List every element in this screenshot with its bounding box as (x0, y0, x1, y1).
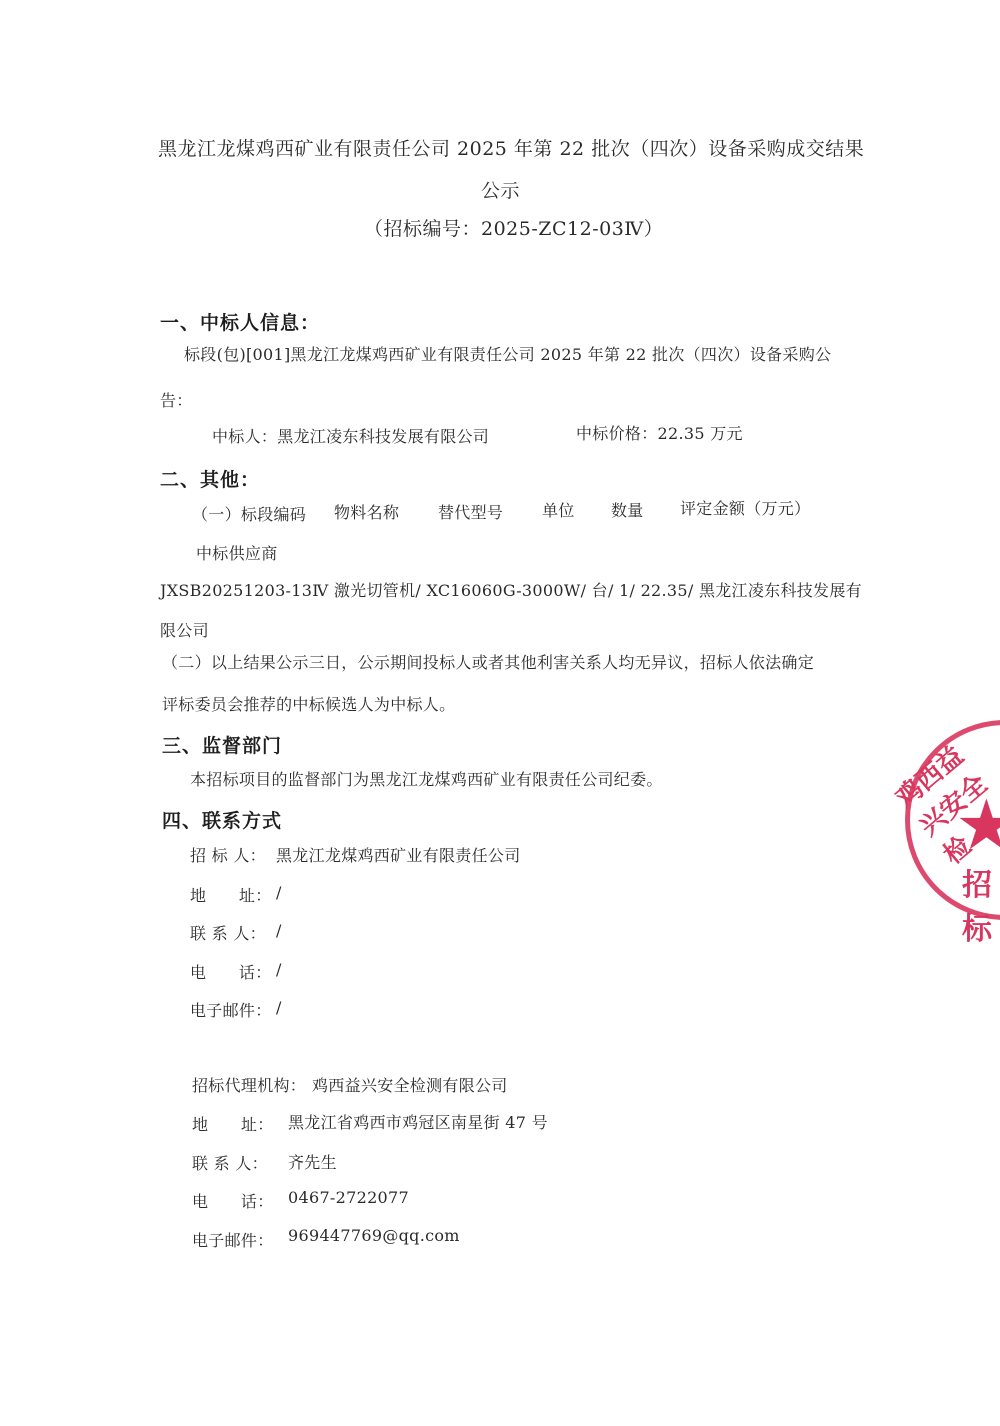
agency-contact-label: 联 系 人： (192, 1151, 268, 1174)
tenderer-contact-label: 联 系 人： (190, 921, 266, 944)
tenderer-email-label: 电子邮件： (190, 998, 272, 1021)
tenderer-contact-value: / (276, 921, 282, 940)
table-header-unit: 单位 (542, 498, 575, 521)
section4-heading: 四、联系方式 (162, 806, 282, 833)
tenderer-phone-label: 电 话： (190, 960, 272, 983)
agency-value: 鸡西益兴安全检测有限公司 (312, 1073, 508, 1096)
table-row-line-2: 限公司 (160, 618, 209, 641)
table-header-amount: 评定金额（万元） (680, 496, 810, 519)
tenderer-address-label: 地 址： (190, 883, 272, 906)
section1-heading: 一、中标人信息： (160, 308, 320, 335)
title-line-1: 黑龙江龙煤鸡西矿业有限责任公司 2025 年第 22 批次（四次）设备采购成交结… (158, 134, 864, 161)
tender-number: （招标编号：2025-ZC12-03Ⅳ） (364, 214, 663, 241)
note-line-1: （二）以上结果公示三日，公示期间投标人或者其他利害关系人均无异议，招标人依法确定 (162, 650, 814, 673)
document-page: 黑龙江龙煤鸡西矿业有限责任公司 2025 年第 22 批次（四次）设备采购成交结… (0, 0, 1000, 1426)
agency-address-label: 地 址： (192, 1112, 274, 1135)
table-header-supplier: 中标供应商 (196, 541, 278, 564)
table-row-line-1: JXSB20251203-13Ⅳ 激光切管机/ XC16060G-3000W/ … (160, 578, 862, 601)
section3-heading: 三、监督部门 (162, 731, 282, 758)
agency-email-value: 969447769@qq.com (288, 1226, 460, 1245)
agency-contact-value: 齐先生 (288, 1150, 337, 1173)
lot-line-1: 标段(包)[001]黑龙江龙煤鸡西矿业有限责任公司 2025 年第 22 批次（… (184, 342, 831, 365)
winning-price: 中标价格：22.35 万元 (576, 421, 743, 444)
table-header-code: （一）标段编码 (192, 502, 306, 525)
table-header-model: 替代型号 (438, 500, 503, 523)
tenderer-value: 黑龙江龙煤鸡西矿业有限责任公司 (276, 843, 521, 866)
tenderer-address-value: / (276, 883, 282, 902)
tenderer-label: 招 标 人： (190, 843, 266, 866)
agency-phone-label: 电 话： (192, 1189, 274, 1212)
table-header-material: 物料名称 (334, 500, 399, 523)
agency-phone-value: 0467-2722077 (288, 1188, 409, 1207)
agency-label: 招标代理机构： (192, 1073, 306, 1096)
section2-heading: 二、其他： (160, 465, 260, 492)
winner: 中标人：黑龙江凌东科技发展有限公司 (212, 424, 489, 447)
note-line-2: 评标委员会推荐的中标候选人为中标人。 (162, 692, 455, 715)
stamp-bottom-text: 招标 (962, 860, 1000, 948)
lot-line-2: 告： (160, 388, 193, 411)
table-header-qty: 数量 (611, 498, 644, 521)
agency-address-value: 黑龙江省鸡西市鸡冠区南星街 47 号 (288, 1110, 548, 1133)
title-line-2: 公示 (481, 176, 520, 203)
agency-email-label: 电子邮件： (192, 1228, 274, 1251)
supervision-text: 本招标项目的监督部门为黑龙江龙煤鸡西矿业有限责任公司纪委。 (190, 767, 663, 790)
tenderer-email-value: / (276, 998, 282, 1017)
tenderer-phone-value: / (276, 960, 282, 979)
